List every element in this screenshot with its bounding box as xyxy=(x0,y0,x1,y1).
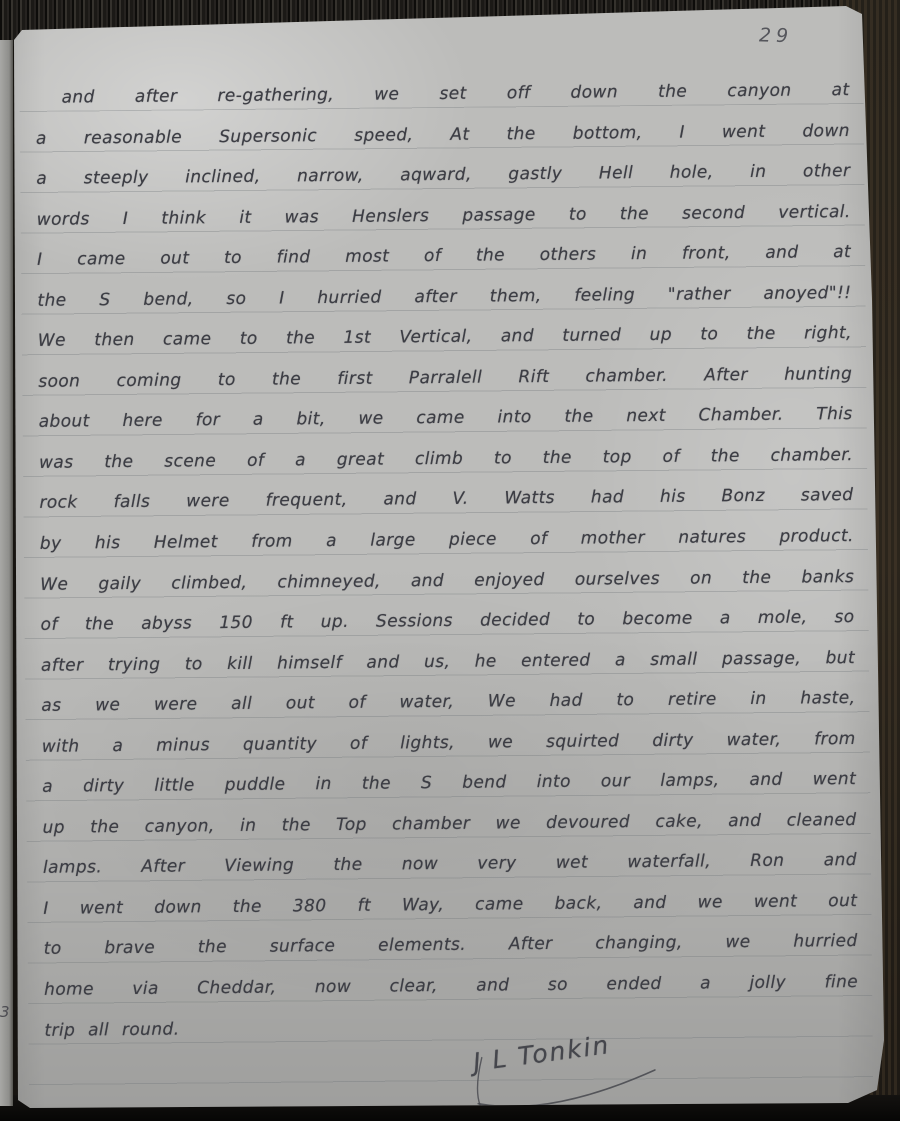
handwritten-line: by his Helmet from a large piece of moth… xyxy=(40,516,854,564)
handwriting-block: and after re-gathering, we set off down … xyxy=(35,70,858,1051)
under-page-edge: 3 xyxy=(0,40,13,1106)
page-number: 29 xyxy=(759,24,794,47)
handwritten-line: and after re-gathering, we set off down … xyxy=(35,70,849,118)
handwritten-line: trip all round. xyxy=(44,1003,858,1051)
notebook-photo: 3 29 and after re-gathering, we set off … xyxy=(0,0,900,1121)
margin-mark: 3 xyxy=(0,1003,10,1021)
notebook-page: 29 and after re-gathering, we set off do… xyxy=(0,0,900,1121)
page-content: 29 and after re-gathering, we set off do… xyxy=(0,0,900,1121)
handwritten-line: home via Cheddar, now clear, and so ende… xyxy=(44,962,858,1010)
